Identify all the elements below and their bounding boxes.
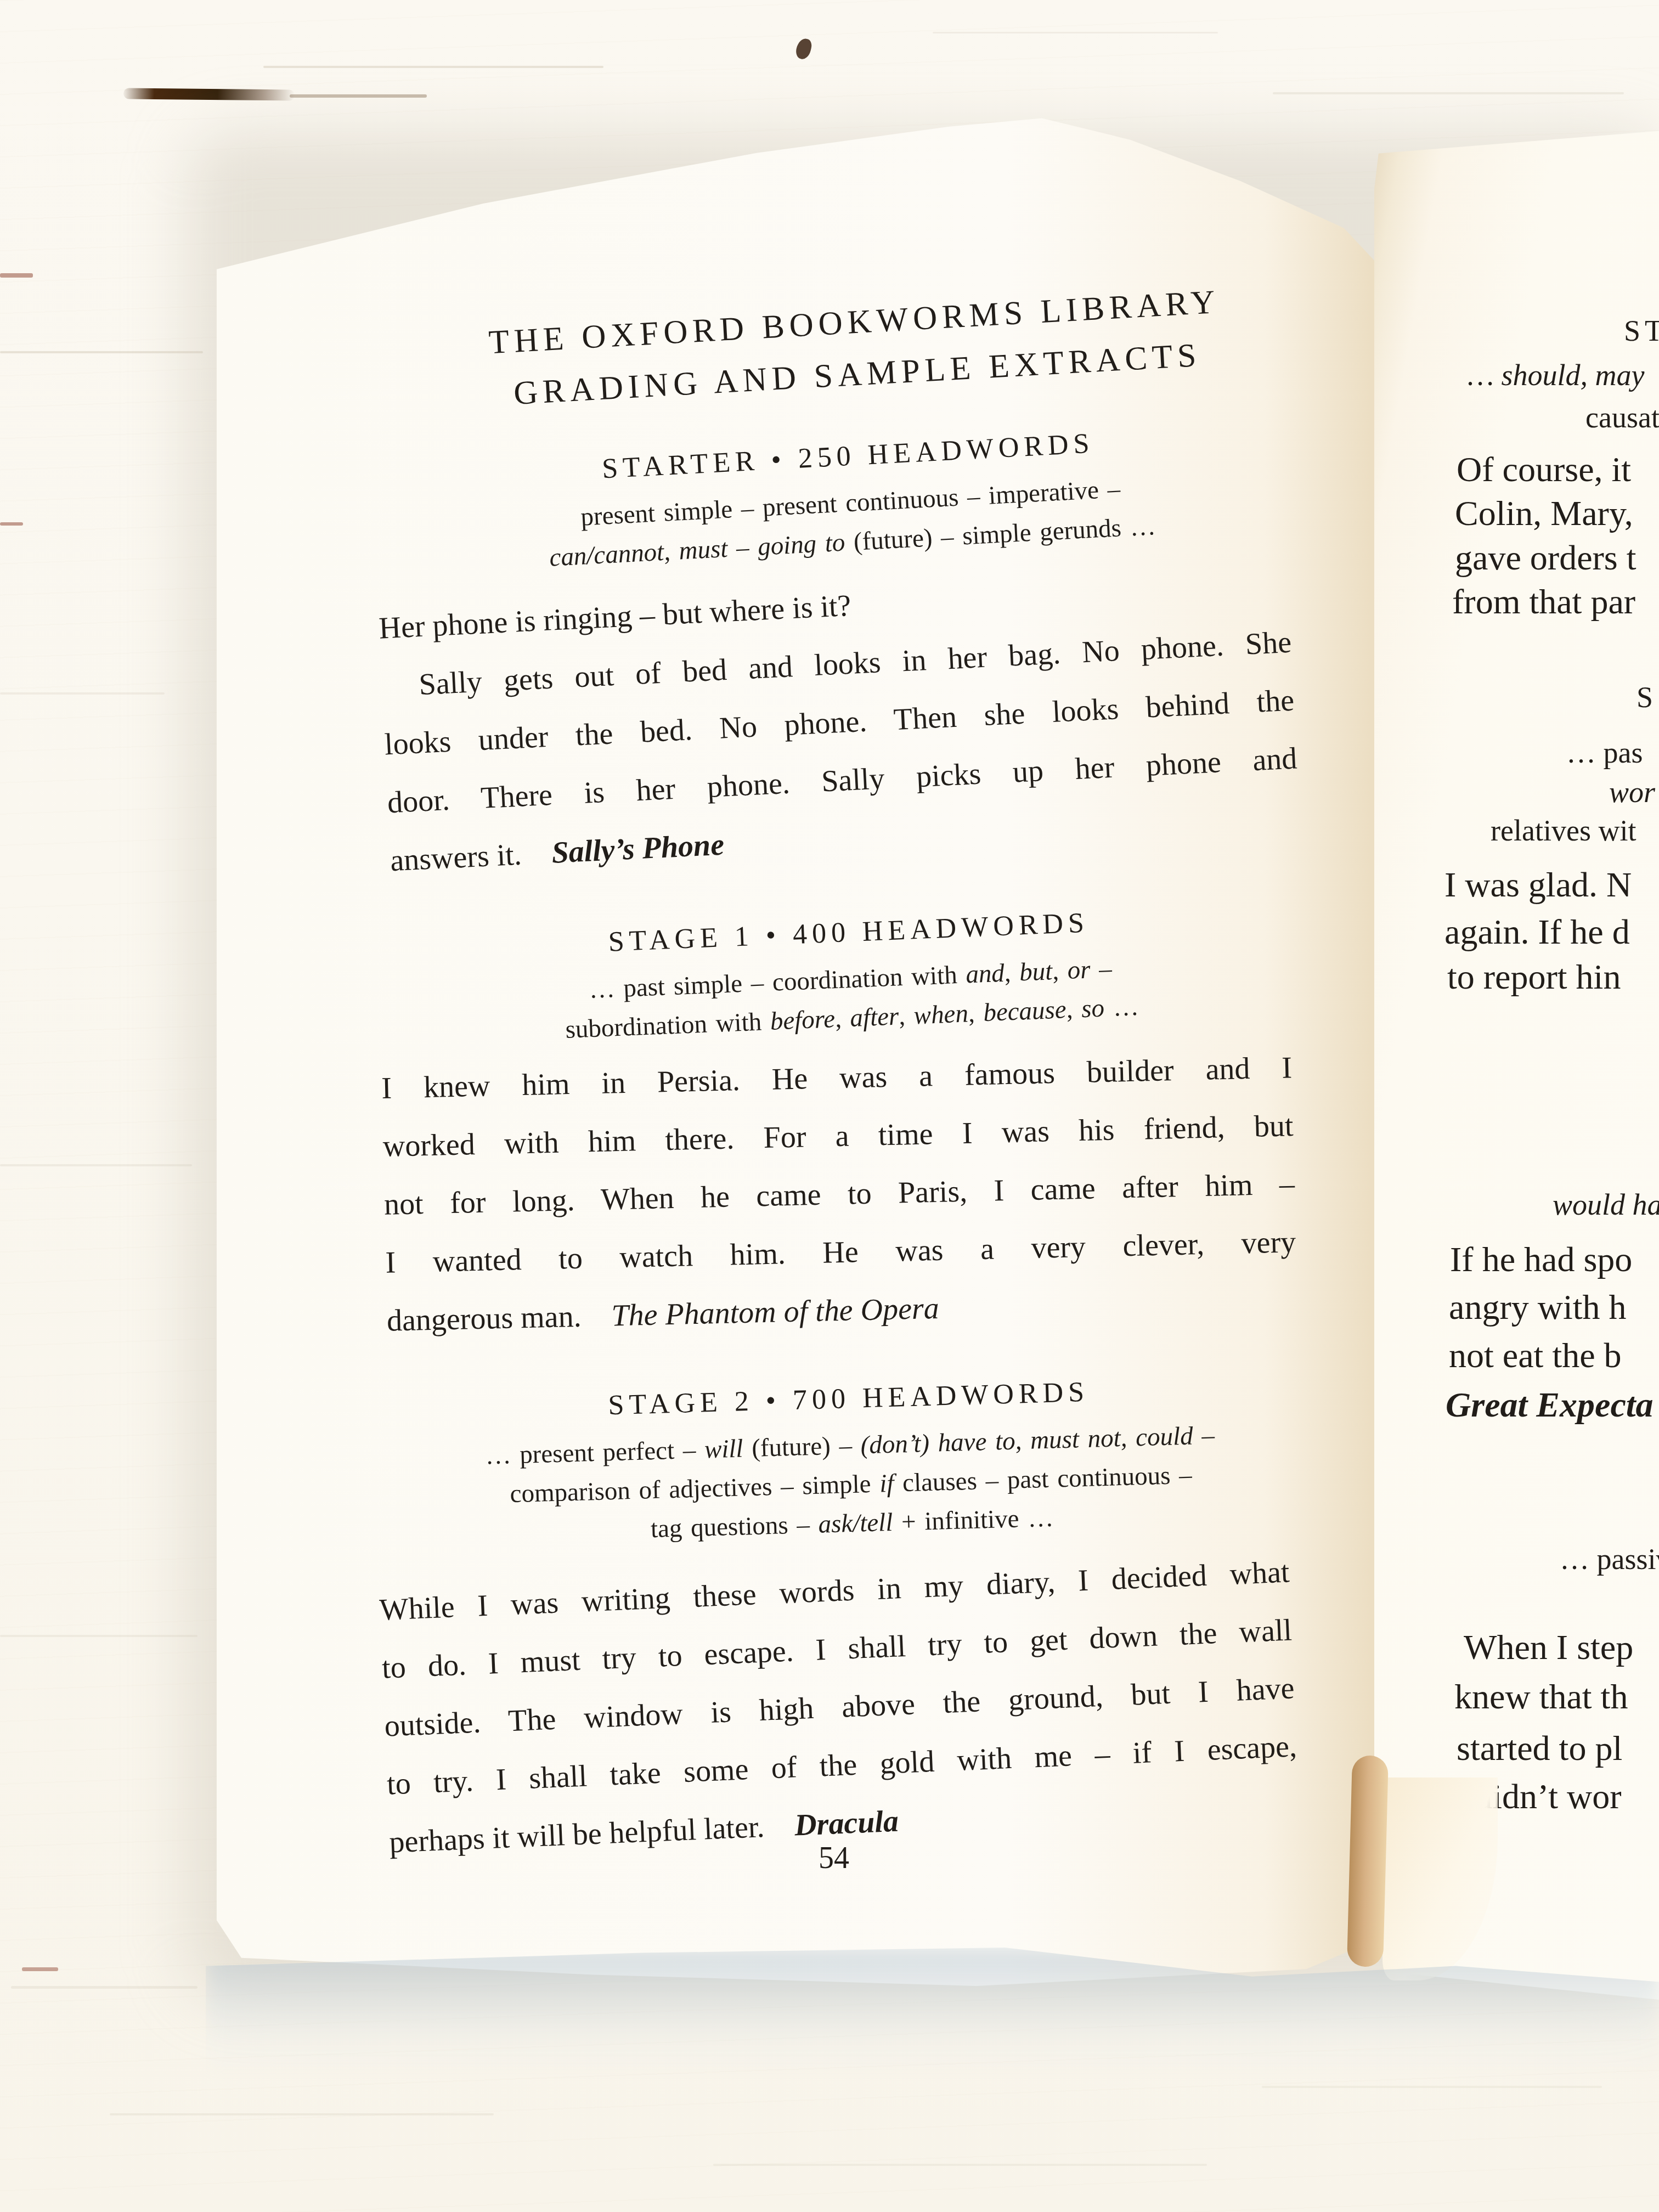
grammar-segment: when (913, 999, 969, 1030)
grammar-segment: ask/tell (818, 1508, 893, 1539)
right-fragment-body: to report hin (1447, 954, 1621, 1000)
wood-crack-tail (290, 94, 427, 98)
grammar-segment: , (834, 1004, 851, 1033)
grammar-segment: … present perfect – (485, 1435, 705, 1470)
wood-grain-streak (713, 2164, 1207, 2166)
grammar-segment: if (879, 1469, 895, 1498)
grammar-segment: before (770, 1005, 836, 1036)
wood-grain-streak (263, 66, 603, 68)
right-fragment-body: angry with h (1449, 1284, 1627, 1330)
right-fragment-body: from that par (1452, 579, 1635, 625)
grammar-segment: , (1004, 958, 1020, 988)
extract-line-text: answers it. (390, 838, 522, 878)
attribution-sallys-phone: Sally’s Phone (521, 828, 725, 872)
wood-grain-streak (0, 351, 203, 353)
right-fragment-body: started to pl (1457, 1725, 1622, 1771)
right-fragment-body: I was glad. N (1444, 862, 1632, 908)
section-stage1-header: STAGE 1 • 400 HEADWORDS … past simple – … (382, 896, 1319, 1057)
right-fragment-body: If he had spo (1450, 1237, 1632, 1283)
right-fragment-attribution: Great Expecta (1446, 1382, 1654, 1428)
page-title: THE OXFORD BOOKWORMS LIBRARY GRADING AND… (371, 269, 1341, 427)
right-fragment-grammar: wor (1609, 773, 1655, 811)
wood-red-mark (22, 1967, 58, 1971)
right-fragment-body: gave orders t (1455, 535, 1637, 581)
right-fragment-heading: S (1637, 674, 1657, 720)
book-bottom-shadow (206, 1948, 1659, 2079)
grammar-segment: + infinitive … (893, 1504, 1054, 1537)
book-photo-scene: THE OXFORD BOOKWORMS LIBRARY GRADING AND… (0, 0, 1659, 2212)
grammar-segment: , (1066, 995, 1082, 1024)
right-fragment-grammar: … should, may (1468, 356, 1645, 394)
grammar-segment: (don’t) have to, must not, could (860, 1422, 1193, 1460)
grammar-segment: will (704, 1434, 743, 1464)
extract-line-text: perhaps it will be helpful later. (388, 1810, 765, 1860)
right-fragment-grammar: would hav (1553, 1186, 1659, 1224)
right-fragment-body: knew that th (1454, 1674, 1628, 1720)
grammar-segment: , (1052, 956, 1068, 985)
grammar-segment: … (1104, 992, 1139, 1022)
grammar-segment: tag questions – (650, 1510, 819, 1544)
right-page: ST … should, may causat Of course, it Co… (1374, 123, 1659, 2000)
grammar-segment: or (1067, 955, 1091, 985)
grammar-segment: , (898, 1001, 915, 1030)
page-number: 54 (768, 1841, 900, 1876)
grammar-segment: – (1090, 955, 1112, 984)
grammar-segment: – (727, 533, 759, 563)
wood-crack (123, 88, 295, 100)
grammar-segment: , (968, 998, 984, 1028)
grammar-segment: and (965, 959, 1005, 989)
wood-grain-streak (11, 1986, 198, 1989)
right-fragment-body: Of course, it (1457, 447, 1631, 493)
extract-stage2: While I was writing these words in my di… (379, 1543, 1301, 1871)
grammar-segment: (future) – (743, 1431, 861, 1463)
left-page: THE OXFORD BOOKWORMS LIBRARY GRADING AND… (208, 110, 1383, 1986)
wood-grain-streak (1262, 2086, 1602, 2088)
grammar-segment: clauses – past continuous – (894, 1461, 1193, 1498)
right-fragment-grammar: causat (1585, 398, 1659, 437)
spine-page-edge-tan (1347, 1755, 1389, 1967)
grammar-segment: – (1193, 1421, 1215, 1450)
wood-grain-streak (1273, 92, 1624, 94)
grammar-segment: after (849, 1002, 899, 1033)
right-fragment-body: Colin, Mary, (1455, 490, 1633, 537)
attribution-phantom-of-the-opera: The Phantom of the Opera (581, 1291, 940, 1334)
grammar-segment: because (983, 995, 1066, 1027)
wood-grain-streak (0, 1635, 198, 1637)
wood-grain-streak (0, 1164, 192, 1166)
grammar-segment: but (1019, 957, 1053, 986)
wood-grain-streak (110, 2113, 494, 2115)
right-fragment-heading: ST (1624, 308, 1659, 354)
grammar-segment: going to (757, 528, 846, 561)
wood-red-mark (0, 522, 23, 526)
wood-grain-streak (0, 692, 165, 695)
extract-line-text: dangerous man. (386, 1300, 582, 1338)
grammar-segment: comparison of adjectives – simple (510, 1470, 880, 1509)
right-fragment-body: again. If he d (1444, 909, 1630, 955)
right-fragment-grammar: … pas (1566, 733, 1643, 772)
right-fragment-body: not eat the b (1449, 1333, 1622, 1379)
right-fragment-grammar: relatives wit (1491, 811, 1636, 850)
extract-starter: Her phone is ringing – but where is it? … (377, 555, 1301, 890)
extract-stage1: I knew him in Persia. He was a famous bu… (381, 1039, 1298, 1350)
grammar-segment: so (1081, 994, 1105, 1023)
right-fragment-grammar: … passiv (1560, 1540, 1659, 1578)
wood-red-mark (0, 273, 33, 278)
wood-grain-streak (933, 32, 1218, 33)
grammar-segment: can/cannot, must (549, 534, 728, 572)
grammar-segment: subordination with (565, 1007, 771, 1044)
section-stage2-header: STAGE 2 • 700 HEADWORDS … present perfec… (382, 1368, 1319, 1556)
attribution-dracula: Dracula (764, 1804, 899, 1844)
right-fragment-body: When I step (1464, 1624, 1633, 1671)
